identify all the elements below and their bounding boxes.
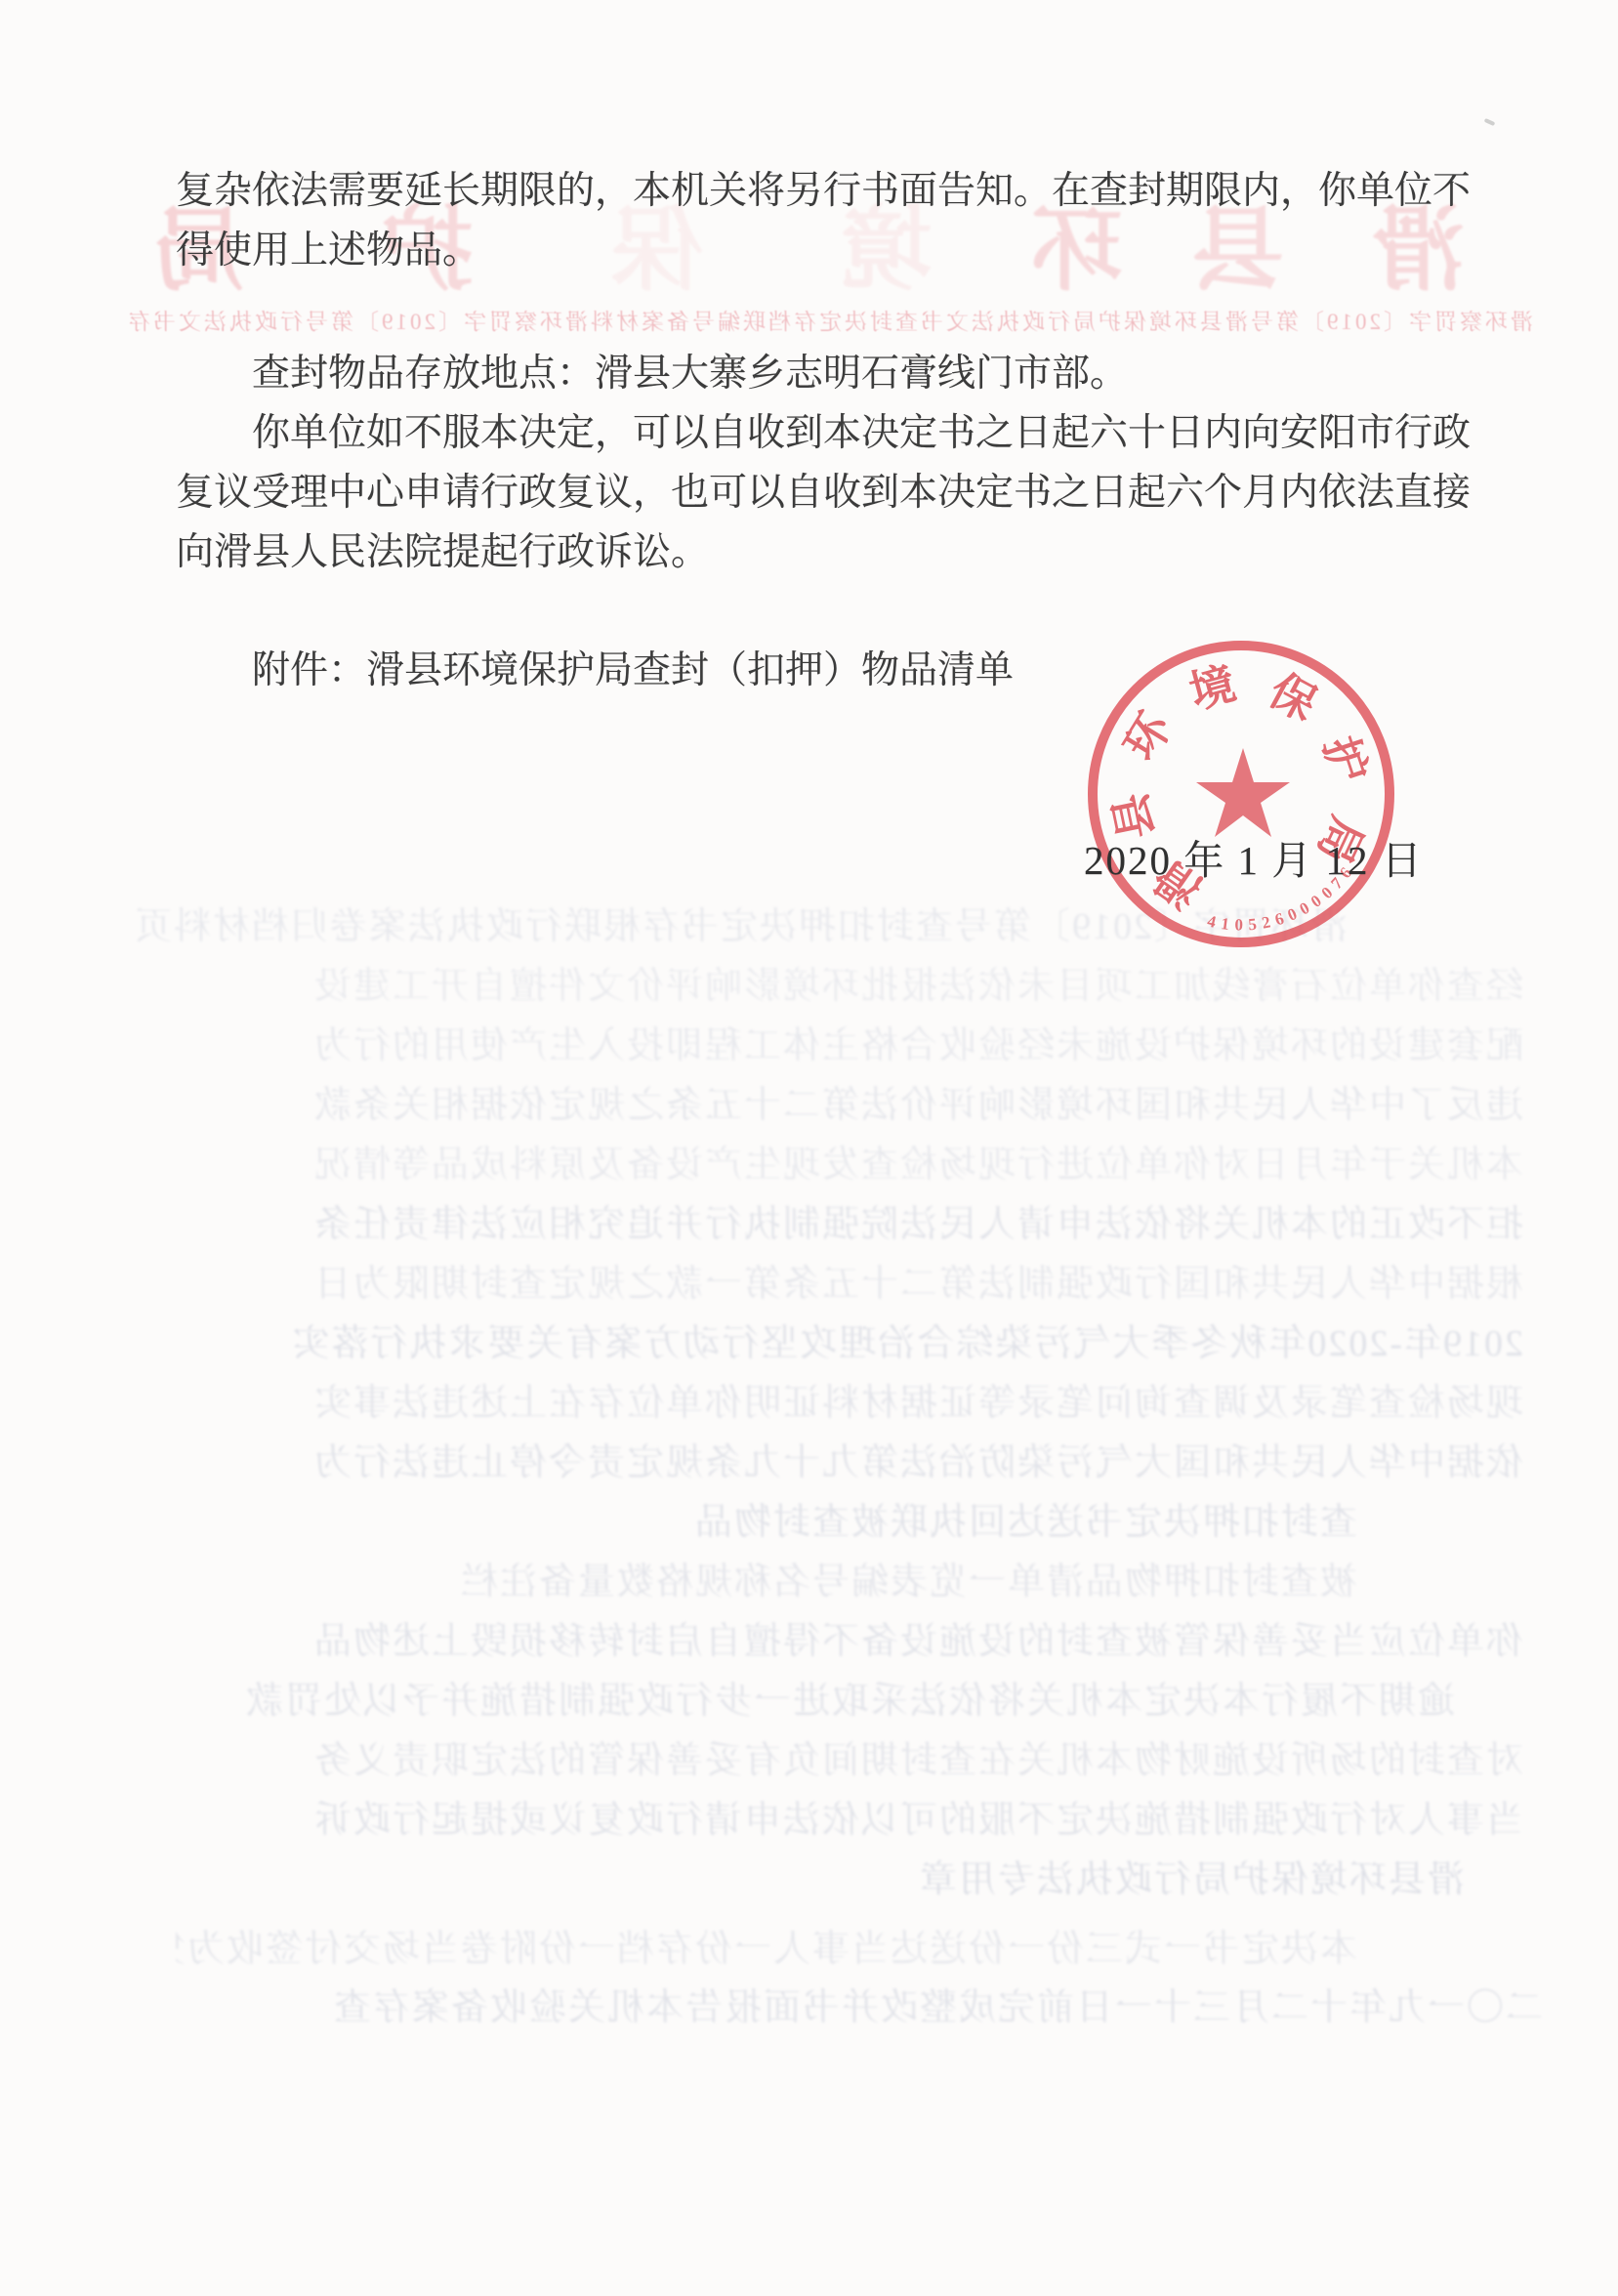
scanned-document-page: 局 护 保 境 环 县 滑 滑环察罚字〔2019〕第号滑县环境保护局行政执法文书… xyxy=(0,0,1618,2296)
official-seal: 滑 县 环 境 保 护 局 4 1 0 5 2 6 0 0 0 0 7 6 xyxy=(1079,632,1405,958)
seal-arc-char: 保 xyxy=(1262,665,1325,731)
bleedthrough-line: 逾期不履行本决定本机关将依法采取进一步行政强制措施并予以处罚款 xyxy=(132,1681,1455,1726)
seal-code-digit: 6 xyxy=(1272,909,1286,930)
bleedthrough-line: 对查封的场所设施财物本机关在查封期间负有妥善保管的法定职责义务 xyxy=(132,1740,1523,1785)
seal-code-digit: 0 xyxy=(1285,904,1300,925)
body-line: 复杂依法需要延长期限的，本机关将另行书面告知。在查封期限内，你单位不 xyxy=(176,168,1471,219)
bleedthrough-line: 本机关于年月日对你单位进行现场检查发现生产设备及原料成品等情况 xyxy=(132,1145,1523,1190)
body-line: 向滑县人民法院提起行政诉讼。 xyxy=(176,529,709,580)
bleedthrough-line: 违反了中华人民共和国环境影响评价法第二十五条之规定依据相关条款 xyxy=(132,1085,1523,1130)
bleedthrough-line: 2019年-2020年秋冬季大气污染综合治理攻坚行动方案有关要求执行落实 xyxy=(132,1323,1523,1368)
bleedthrough-line: 配套建设的环境保护设施未经验收合格主体工程即投入生产使用的行为 xyxy=(132,1025,1523,1070)
seal-code-digit: 2 xyxy=(1261,912,1272,932)
body-line: 复议受理中心申请行政复议，也可以自收到本决定书之日起六个月内依法直接 xyxy=(176,470,1471,521)
scan-artifact-mark xyxy=(1484,118,1496,126)
seal-code-digit: 1 xyxy=(1220,914,1230,934)
seal-code-digit: 0 xyxy=(1234,915,1243,934)
bleedthrough-line: 滑县环境保护局行政执法专用章存查 xyxy=(918,1859,1465,1904)
seal-code-digit: 5 xyxy=(1248,915,1258,935)
bleedthrough-line: 你单位应当妥善保管被查封的设施设备不得擅自启封转移损毁上述物品 xyxy=(132,1621,1523,1666)
bleedthrough-line: 二〇一九年十二月三十一日前完成整改并书面报告本机关验收备案存查 xyxy=(186,1987,1543,2032)
bleedthrough-line: 经查你单位石膏线加工项目未依法报批环境影响评价文件擅自开工建设 xyxy=(176,966,1523,1011)
body-line: 你单位如不服本决定，可以自收到本决定书之日起六十日内向安阳市行政 xyxy=(252,410,1471,461)
bleedthrough-line: 根据中华人民共和国行政强制法第二十五条第一款之规定查封期限为日 xyxy=(132,1264,1523,1309)
body-line-storage-location: 查封物品存放地点：滑县大寨乡志明石膏线门市部。 xyxy=(252,351,1128,401)
body-line: 得使用上述物品。 xyxy=(176,228,480,278)
bleedthrough-line: 查封扣押决定书送达回执联被查封物品 xyxy=(674,1502,1357,1547)
bleedthrough-line: 本决定书一式三份一份送达当事人一份存档一份附卷当场交付签收为凭 xyxy=(176,1929,1357,1974)
bleedthrough-line: 被查封扣押物品清单一览表编号名称规格数量备注栏 xyxy=(146,1562,1357,1607)
bleedthrough-line: 拒不改正的本机关将依法申请人民法院强制执行并追究相应法律责任条 xyxy=(132,1204,1523,1249)
bleedthrough-line: 当事人对行政强制措施决定不服的可以依法申请行政复议或提起行政诉 xyxy=(132,1800,1523,1845)
star-icon xyxy=(1196,748,1290,837)
bleedthrough-red-band: 滑环察罚字〔2019〕第号滑县环境保护局行政执法文书查封决定存档联编号备案材料滑… xyxy=(130,311,1533,336)
bleedthrough-line: 依据中华人民共和国大气污染防治法第九十九条规定责令停止违法行为 xyxy=(132,1442,1523,1487)
seal-code-digit: 4 xyxy=(1206,911,1219,932)
decision-date: 2020 年 1 月 12 日 xyxy=(1084,828,1424,886)
seal-arc-char: 护 xyxy=(1314,731,1376,789)
attachment-line: 附件：滑县环境保护局查封（扣押）物品清单 xyxy=(252,647,1014,698)
bleedthrough-line: 现场检查笔录及调查询问笔录等证据材料证明你单位存在上述违法事实 xyxy=(132,1383,1523,1428)
seal-arc-char: 环 xyxy=(1115,702,1182,769)
seal-arc-char: 境 xyxy=(1184,658,1241,718)
